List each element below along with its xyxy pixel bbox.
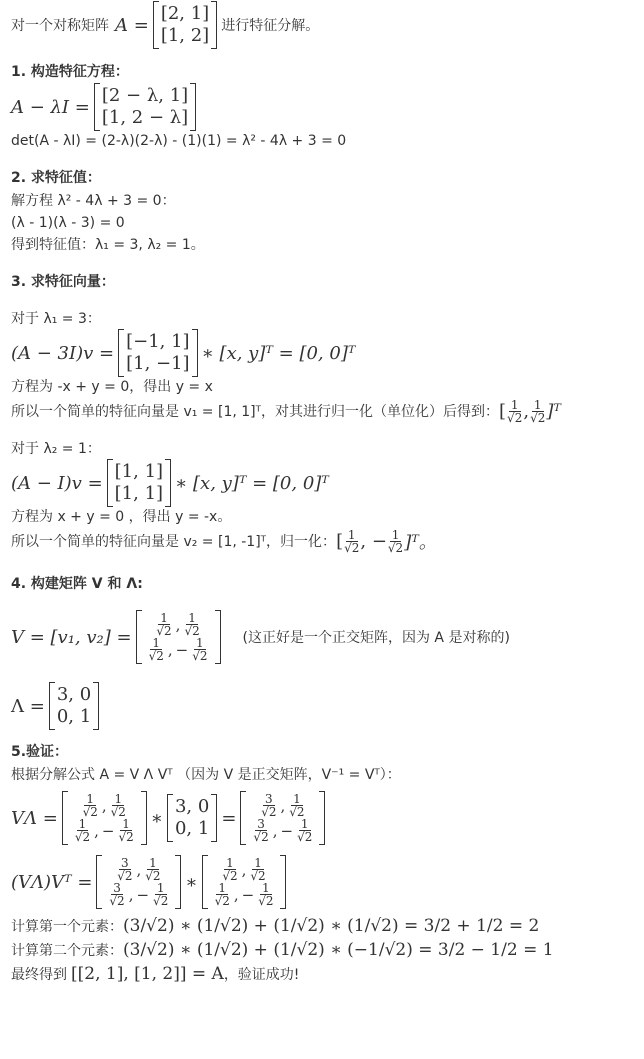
math-lhs: Λ = xyxy=(11,696,45,717)
calc-1-line: 计算第一个元素： (3/√2) ∗ (1/√2) + (1/√2) ∗ (1/√… xyxy=(11,914,634,938)
sep: , − xyxy=(360,531,387,552)
matrix-row: [1, 2] xyxy=(161,25,209,47)
matrix-row: [1, 1] xyxy=(115,483,163,505)
den: √2 xyxy=(530,412,545,424)
math: (3/√2) ∗ (1/√2) + (1/√2) ∗ (1/√2) = 3/2 … xyxy=(123,916,539,936)
fraction: 1√2 xyxy=(388,529,403,554)
math-lhs: A − λI = xyxy=(11,97,90,118)
math-lhs: VΛ = xyxy=(11,808,58,829)
bracket: ]ᵀ。 xyxy=(404,528,437,554)
num: 1 xyxy=(346,529,358,542)
matrix-lambda: 3, 0 0, 1 xyxy=(49,682,99,730)
section-5-title: 5.验证： xyxy=(11,740,634,764)
intro-text: 对一个对称矩阵 xyxy=(11,15,109,35)
matrix-a-minus-lambda: [2 − λ, 1] [1, 2 − λ] xyxy=(94,83,196,131)
num: 1 xyxy=(509,399,521,412)
label: ，验证成功! xyxy=(224,964,300,984)
den: √2 xyxy=(344,542,359,554)
math-rhs: ∗ [x, y]ᵀ = [0, 0]ᵀ xyxy=(202,343,356,364)
section-4-title: 4. 构建矩阵 V 和 Λ: xyxy=(11,572,634,596)
bracket: [ xyxy=(499,401,506,422)
math-lhs: (A − I)v = xyxy=(11,473,103,494)
document: 对一个对称矩阵 A = [2, 1] [1, 2] 进行特征分解。 1. 构造特… xyxy=(0,0,644,986)
fraction: 1√2 xyxy=(507,399,522,424)
matrix-row: 3, 0 xyxy=(57,684,91,706)
matrix: 3√2,1√2 3√2,−1√2 xyxy=(96,855,181,909)
section-2-title: 2. 求特征值： xyxy=(11,166,634,190)
den: √2 xyxy=(507,412,522,424)
case-2-equation: (A − I)v = [1, 1] [1, 1] ∗ [x, y]ᵀ = [0,… xyxy=(11,460,634,506)
matrix: [−1, 1] [1, −1] xyxy=(118,329,197,377)
final-line: 最终得到 [[2, 1], [1, 2]] = A ，验证成功! xyxy=(11,962,634,986)
text-line: 方程为 x + y = 0 ，得出 y = -x。 xyxy=(11,506,634,528)
case-1-equation: (A − 3I)v = [−1, 1] [1, −1] ∗ [x, y]ᵀ = … xyxy=(11,330,634,376)
case-1-vector: 所以一个简单的特征向量是 v₁ = [1, 1]ᵀ，对其进行归一化（单位化）后得… xyxy=(11,398,634,424)
matrix-row: [1, −1] xyxy=(126,353,189,375)
matrix-v: 1√2,1√2 1√2,−1√2 xyxy=(136,610,221,664)
math-rhs: ∗ [x, y]ᵀ = [0, 0]ᵀ xyxy=(175,473,329,494)
matrix-a: [2, 1] [1, 2] xyxy=(153,1,217,49)
label: 计算第二个元素： xyxy=(11,940,123,960)
label: 计算第一个元素： xyxy=(11,916,123,936)
text-line: 所以一个简单的特征向量是 v₂ = [1, -1]ᵀ，归一化： xyxy=(11,531,336,551)
matrix-lambda: 3, 00, 1 xyxy=(167,794,217,842)
fraction: 1√2 xyxy=(530,399,545,424)
formula-line: 根据分解公式 A = V Λ Vᵀ （因为 V 是正交矩阵，V⁻¹ = Vᵀ）： xyxy=(11,764,634,786)
math: (3/√2) ∗ (1/√2) + (1/√2) ∗ (−1/√2) = 3/2… xyxy=(123,940,554,960)
intro-math: A = xyxy=(115,15,149,36)
matrix-row: [2, 1] xyxy=(161,3,209,25)
char-matrix-line: A − λI = [2 − λ, 1] [1, 2 − λ] xyxy=(11,84,634,130)
matrix-row: [1, 2 − λ] xyxy=(102,107,188,129)
v-matrix-line: V = [v₁, v₂] = 1√2,1√2 1√2,−1√2 (这正好是一个正… xyxy=(11,600,634,674)
matrix: [1, 1] [1, 1] xyxy=(107,459,171,507)
text-line: 解方程 λ² - 4λ + 3 = 0： xyxy=(11,190,634,212)
bracket: [ xyxy=(336,531,343,552)
matrix-row: [2 − λ, 1] xyxy=(102,85,188,107)
matrix: 3√2,1√2 3√2,−1√2 xyxy=(240,791,325,845)
vl-vt-line: (VΛ)Vᵀ = 3√2,1√2 3√2,−1√2 ∗ 1√2,1√2 1√2,… xyxy=(11,850,634,914)
text-line: 方程为 -x + y = 0，得出 y = x xyxy=(11,376,634,398)
text-line: 所以一个简单的特征向量是 v₁ = [1, 1]ᵀ，对其进行归一化（单位化）后得… xyxy=(11,401,499,421)
calc-2-line: 计算第二个元素： (3/√2) ∗ (1/√2) + (1/√2) ∗ (−1/… xyxy=(11,938,634,962)
math-lhs: (VΛ)Vᵀ = xyxy=(11,872,92,893)
num: 1 xyxy=(532,399,544,412)
text-line: 得到特征值：λ₁ = 3, λ₂ = 1。 xyxy=(11,234,634,256)
math-lhs: (A − 3I)v = xyxy=(11,343,114,364)
fraction: 1√2 xyxy=(344,529,359,554)
den: √2 xyxy=(388,542,403,554)
label: 最终得到 xyxy=(11,964,67,984)
intro-suffix: 进行特征分解。 xyxy=(221,15,319,35)
matrix: 1√2,1√2 1√2,−1√2 xyxy=(202,855,287,909)
determinant-line: det(A - λI) = (2-λ)(2-λ) - (1)(1) = λ² -… xyxy=(11,130,634,152)
num: 1 xyxy=(390,529,402,542)
case-1-label: 对于 λ₁ = 3： xyxy=(11,308,634,330)
intro-line: 对一个对称矩阵 A = [2, 1] [1, 2] 进行特征分解。 xyxy=(11,4,634,46)
math: [[2, 1], [1, 2]] = A xyxy=(71,964,224,984)
section-1-title: 1. 构造特征方程： xyxy=(11,60,634,84)
matrix-row: 0, 1 xyxy=(57,706,91,728)
matrix-row: [−1, 1] xyxy=(126,331,189,353)
matrix: 1√2,1√2 1√2,−1√2 xyxy=(62,791,147,845)
case-2-label: 对于 λ₂ = 1： xyxy=(11,438,634,460)
bracket: ]ᵀ xyxy=(546,401,561,422)
case-2-vector: 所以一个简单的特征向量是 v₂ = [1, -1]ᵀ，归一化： [ 1√2 , … xyxy=(11,528,634,554)
lambda-matrix-line: Λ = 3, 0 0, 1 xyxy=(11,680,634,732)
sep: , xyxy=(523,401,529,422)
text-line: (λ - 1)(λ - 3) = 0 xyxy=(11,212,634,234)
orthogonal-note: (这正好是一个正交矩阵，因为 A 是对称的) xyxy=(243,627,510,647)
math-lhs: V = [v₁, v₂] = xyxy=(11,627,132,648)
section-3-title: 3. 求特征向量： xyxy=(11,270,634,294)
v-lambda-line: VΛ = 1√2,1√2 1√2,−1√2 ∗ 3, 00, 1 = 3√2,1… xyxy=(11,786,634,850)
matrix-row: [1, 1] xyxy=(115,461,163,483)
